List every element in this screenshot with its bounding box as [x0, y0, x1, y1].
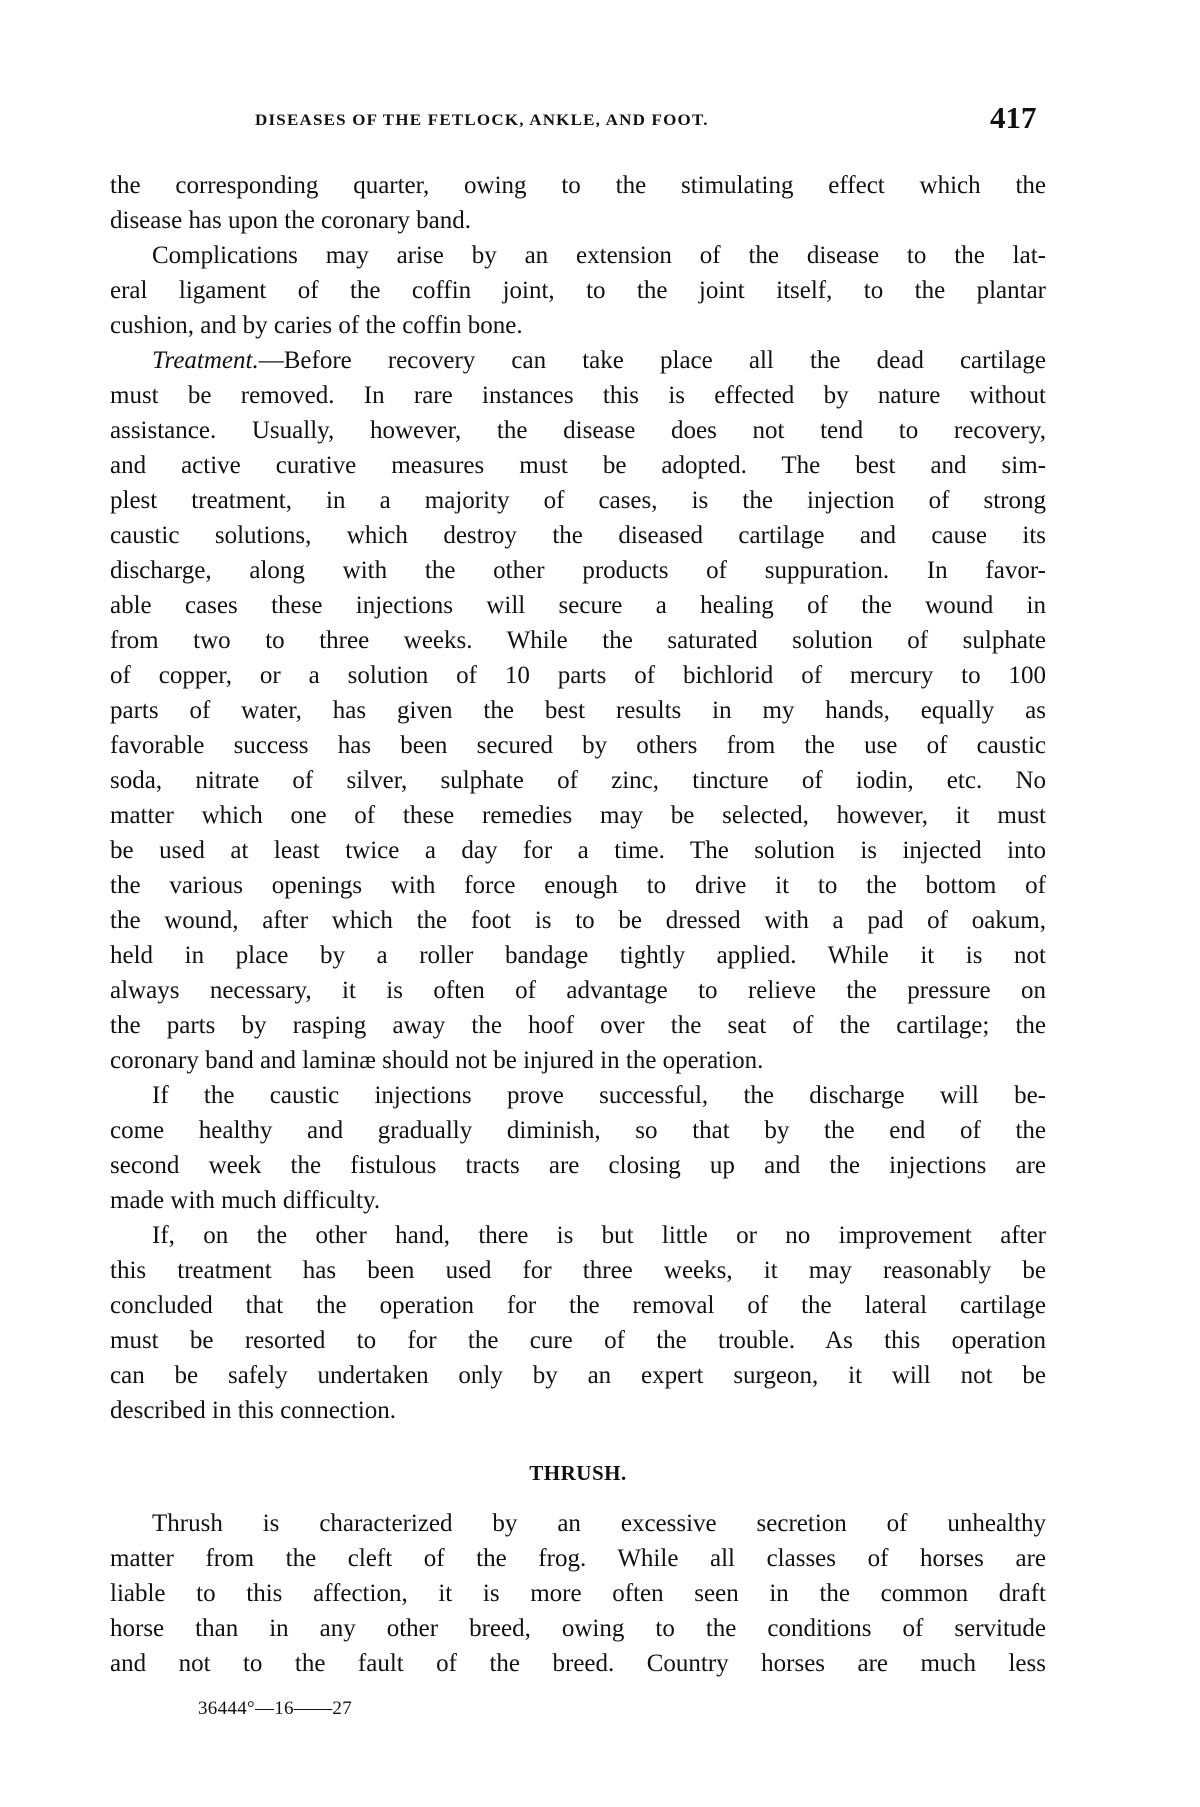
text-line: cushion, and by caries of the coffin bon…: [110, 308, 1046, 343]
paragraph-treatment: Treatment.—Before recovery can take plac…: [110, 343, 1046, 1078]
text-line: be used at least twice a day for a time.…: [110, 833, 1046, 868]
text-line: from two to three weeks. While the satur…: [110, 623, 1046, 658]
text-line: held in place by a roller bandage tightl…: [110, 938, 1046, 973]
page-number: 417: [990, 100, 1037, 136]
text-run: —Before recovery can take place all the …: [259, 347, 1046, 374]
text-line: matter which one of these remedies may b…: [110, 798, 1046, 833]
text-line: concluded that the operation for the rem…: [110, 1288, 1046, 1323]
text-line: horse than in any other breed, owing to …: [110, 1611, 1046, 1646]
text-line: can be safely undertaken only by an expe…: [110, 1358, 1046, 1393]
text-line: assistance. Usually, however, the diseas…: [110, 413, 1046, 448]
text-line: able cases these injections will secure …: [110, 588, 1046, 623]
text-line: second week the fistulous tracts are clo…: [110, 1148, 1046, 1183]
text-line: plest treatment, in a majority of cases,…: [110, 483, 1046, 518]
text-line: and not to the fault of the breed. Count…: [110, 1646, 1046, 1681]
text-line: Thrush is characterized by an excessive …: [110, 1506, 1046, 1541]
text-line: Complications may arise by an extension …: [110, 238, 1046, 273]
text-line: coronary band and laminæ should not be i…: [110, 1043, 1046, 1078]
text-line: If, on the other hand, there is but litt…: [110, 1218, 1046, 1253]
text-line: come healthy and gradually diminish, so …: [110, 1113, 1046, 1148]
paragraph: If the caustic injections prove successf…: [110, 1078, 1046, 1218]
italic-lead: Treatment.: [152, 347, 259, 374]
text-line: parts of water, has given the best resul…: [110, 693, 1046, 728]
text-line: Treatment.—Before recovery can take plac…: [110, 343, 1046, 378]
text-line: must be resorted to for the cure of the …: [110, 1323, 1046, 1358]
paragraph: the corresponding quarter, owing to the …: [110, 168, 1046, 238]
paragraph: If, on the other hand, there is but litt…: [110, 1218, 1046, 1428]
text-line: described in this connection.: [110, 1393, 1046, 1428]
text-line: made with much difficulty.: [110, 1183, 1046, 1218]
text-line: liable to this affection, it is more oft…: [110, 1576, 1046, 1611]
text-line: this treatment has been used for three w…: [110, 1253, 1046, 1288]
text-line: disease has upon the coronary band.: [110, 203, 1046, 238]
text-line: matter from the cleft of the frog. While…: [110, 1541, 1046, 1576]
text-line: the corresponding quarter, owing to the …: [110, 168, 1046, 203]
text-line: always necessary, it is often of advanta…: [110, 973, 1046, 1008]
text-line: the various openings with force enough t…: [110, 868, 1046, 903]
paragraph: Complications may arise by an extension …: [110, 238, 1046, 343]
text-line: the parts by rasping away the hoof over …: [110, 1008, 1046, 1043]
text-line: discharge, along with the other products…: [110, 553, 1046, 588]
running-head: DISEASES OF THE FETLOCK, ANKLE, AND FOOT…: [255, 111, 709, 130]
section-gap: [110, 1428, 1046, 1456]
text-line: and active curative measures must be ado…: [110, 448, 1046, 483]
book-page: DISEASES OF THE FETLOCK, ANKLE, AND FOOT…: [0, 0, 1200, 1807]
text-line: If the caustic injections prove successf…: [110, 1078, 1046, 1113]
text-line: of copper, or a solution of 10 parts of …: [110, 658, 1046, 693]
section-heading: THRUSH.: [110, 1456, 1046, 1491]
text-line: the wound, after which the foot is to be…: [110, 903, 1046, 938]
text-line: must be removed. In rare instances this …: [110, 378, 1046, 413]
text-line: soda, nitrate of silver, sulphate of zin…: [110, 763, 1046, 798]
page-body: the corresponding quarter, owing to the …: [110, 168, 1046, 1681]
text-line: caustic solutions, which destroy the dis…: [110, 518, 1046, 553]
text-line: eral ligament of the coffin joint, to th…: [110, 273, 1046, 308]
printer-signature-mark: 36444°—16——27: [198, 1698, 352, 1720]
text-line: favorable success has been secured by ot…: [110, 728, 1046, 763]
paragraph-thrush: Thrush is characterized by an excessive …: [110, 1506, 1046, 1681]
